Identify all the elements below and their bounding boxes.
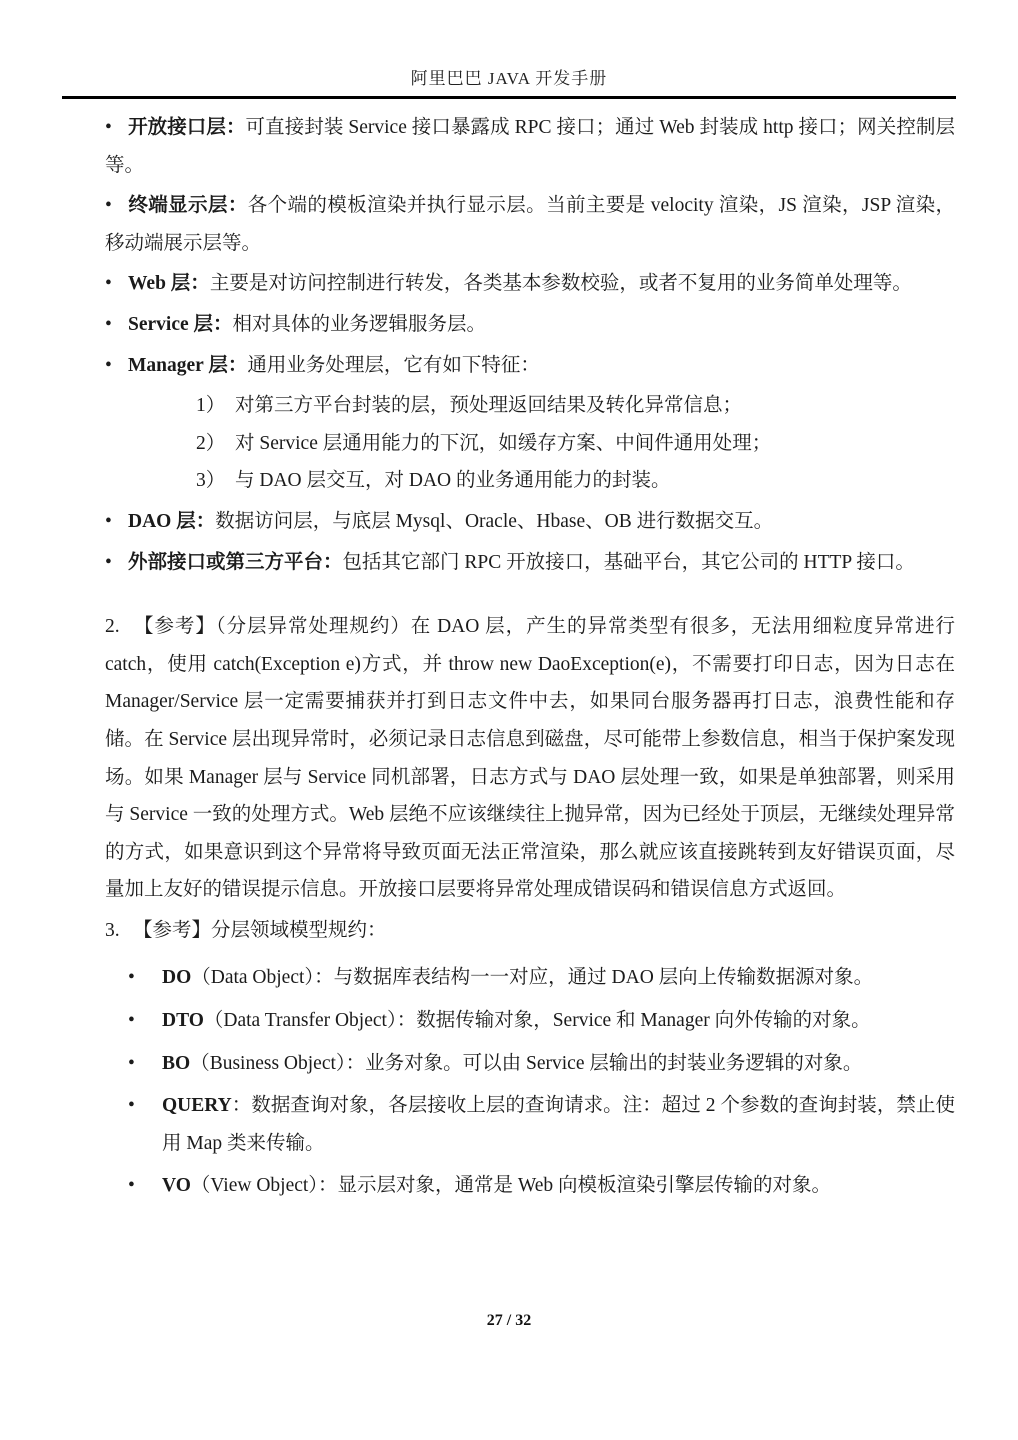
- bullet-marker: •: [128, 1167, 135, 1205]
- manager-feature-3: 3）与 DAO 层交互，对 DAO 的业务通用能力的封装。: [196, 462, 955, 500]
- bullet-marker: •: [128, 1045, 135, 1083]
- term-label: QUERY: [162, 1095, 232, 1116]
- header-divider-rule: [62, 96, 956, 99]
- domain-model-bo: •BO（Business Object）：业务对象。可以由 Service 层输…: [162, 1045, 955, 1083]
- term-label: 外部接口或第三方平台：: [128, 552, 343, 573]
- term-label: 开放接口层：: [128, 117, 246, 138]
- term-label: DAO 层：: [128, 511, 215, 532]
- item-text: 【参考】（分层异常处理规约）在 DAO 层，产生的异常类型有很多，无法用细粒度异…: [105, 616, 955, 900]
- rule-item-3-domain-model: 3.【参考】分层领域模型规约：: [105, 912, 955, 950]
- bullet-marker: •: [105, 347, 128, 385]
- bullet-marker: •: [105, 544, 128, 582]
- term-label: VO: [162, 1175, 191, 1196]
- term-label: Service 层：: [128, 314, 233, 335]
- item-text: ：数据查询对象，各层接收上层的查询请求。注：超过 2 个参数的查询封装，禁止使用…: [162, 1095, 955, 1154]
- document-page: 阿里巴巴 JAVA 开发手册 •开放接口层：可直接封装 Service 接口暴露…: [0, 0, 1018, 1440]
- item-text: 包括其它部门 RPC 开放接口，基础平台，其它公司的 HTTP 接口。: [343, 552, 915, 573]
- page-number: 27 / 32: [0, 1312, 1018, 1330]
- item-text: 对第三方平台封装的层，预处理返回结果及转化异常信息；: [235, 395, 742, 416]
- item-text: 数据访问层，与底层 Mysql、Oracle、Hbase、OB 进行数据交互。: [215, 511, 773, 532]
- domain-model-vo: •VO（View Object）：显示层对象，通常是 Web 向模板渲染引擎层传…: [162, 1167, 955, 1205]
- number-marker: 3.: [105, 912, 133, 950]
- term-label: DTO: [162, 1010, 204, 1031]
- section-gap: [63, 584, 955, 608]
- list-item-terminal-display-layer: •终端显示层：各个端的模板渲染并执行显示层。当前主要是 velocity 渲染，…: [105, 187, 955, 262]
- manager-feature-list: 1）对第三方平台封装的层，预处理返回结果及转化异常信息； 2）对 Service…: [63, 387, 955, 500]
- manager-feature-2: 2）对 Service 层通用能力的下沉，如缓存方案、中间件通用处理；: [196, 425, 955, 463]
- term-label: DO: [162, 967, 191, 988]
- list-item-web-layer: •Web 层：主要是对访问控制进行转发，各类基本参数校验，或者不复用的业务简单处…: [105, 265, 955, 303]
- rule-item-2-exception-handling: 2.【参考】（分层异常处理规约）在 DAO 层，产生的异常类型有很多，无法用细粒…: [105, 608, 955, 909]
- term-label: BO: [162, 1053, 190, 1074]
- item-text: （Data Transfer Object）：数据传输对象，Service 和 …: [204, 1010, 871, 1031]
- manager-feature-1: 1）对第三方平台封装的层，预处理返回结果及转化异常信息；: [196, 387, 955, 425]
- domain-model-dto: •DTO（Data Transfer Object）：数据传输对象，Servic…: [162, 1002, 955, 1040]
- bullet-marker: •: [128, 1002, 135, 1040]
- item-text: 对 Service 层通用能力的下沉，如缓存方案、中间件通用处理；: [235, 433, 771, 454]
- item-text: （View Object）：显示层对象，通常是 Web 向模板渲染引擎层传输的对…: [191, 1175, 831, 1196]
- list-item-manager-layer: •Manager 层：通用业务处理层，它有如下特征：: [105, 347, 955, 385]
- term-label: Web 层：: [128, 273, 210, 294]
- header-title: 阿里巴巴 JAVA 开发手册: [0, 0, 1018, 89]
- item-text: 主要是对访问控制进行转发，各类基本参数校验，或者不复用的业务简单处理等。: [210, 273, 912, 294]
- term-label: 终端显示层：: [128, 195, 248, 216]
- bullet-marker: •: [105, 109, 128, 147]
- number-marker: 2）: [196, 425, 235, 463]
- bullet-marker: •: [105, 265, 128, 303]
- number-marker: 3）: [196, 462, 235, 500]
- list-item-open-api-layer: •开放接口层：可直接封装 Service 接口暴露成 RPC 接口；通过 Web…: [105, 109, 955, 184]
- page-content: •开放接口层：可直接封装 Service 接口暴露成 RPC 接口；通过 Web…: [63, 109, 955, 1205]
- bullet-marker: •: [128, 1087, 135, 1125]
- item-text: 【参考】分层领域模型规约：: [133, 920, 387, 941]
- domain-model-query: •QUERY：数据查询对象，各层接收上层的查询请求。注：超过 2 个参数的查询封…: [162, 1087, 955, 1162]
- domain-model-list: •DO（Data Object）：与数据库表结构一一对应，通过 DAO 层向上传…: [63, 959, 955, 1205]
- item-text: 与 DAO 层交互，对 DAO 的业务通用能力的封装。: [235, 470, 671, 491]
- bullet-marker: •: [128, 959, 135, 997]
- term-label: Manager 层：: [128, 355, 247, 376]
- number-marker: 1）: [196, 387, 235, 425]
- domain-model-do: •DO（Data Object）：与数据库表结构一一对应，通过 DAO 层向上传…: [162, 959, 955, 997]
- item-text: （Business Object）：业务对象。可以由 Service 层输出的封…: [190, 1053, 862, 1074]
- bullet-marker: •: [105, 187, 128, 225]
- list-item-service-layer: •Service 层：相对具体的业务逻辑服务层。: [105, 306, 955, 344]
- list-item-dao-layer: •DAO 层：数据访问层，与底层 Mysql、Oracle、Hbase、OB 进…: [105, 503, 955, 541]
- bullet-marker: •: [105, 503, 128, 541]
- item-text: （Data Object）：与数据库表结构一一对应，通过 DAO 层向上传输数据…: [191, 967, 873, 988]
- item-text: 通用业务处理层，它有如下特征：: [247, 355, 540, 376]
- number-marker: 2.: [105, 608, 133, 646]
- item-text: 相对具体的业务逻辑服务层。: [233, 314, 487, 335]
- list-item-external-interface: •外部接口或第三方平台：包括其它部门 RPC 开放接口，基础平台，其它公司的 H…: [105, 544, 955, 582]
- bullet-marker: •: [105, 306, 128, 344]
